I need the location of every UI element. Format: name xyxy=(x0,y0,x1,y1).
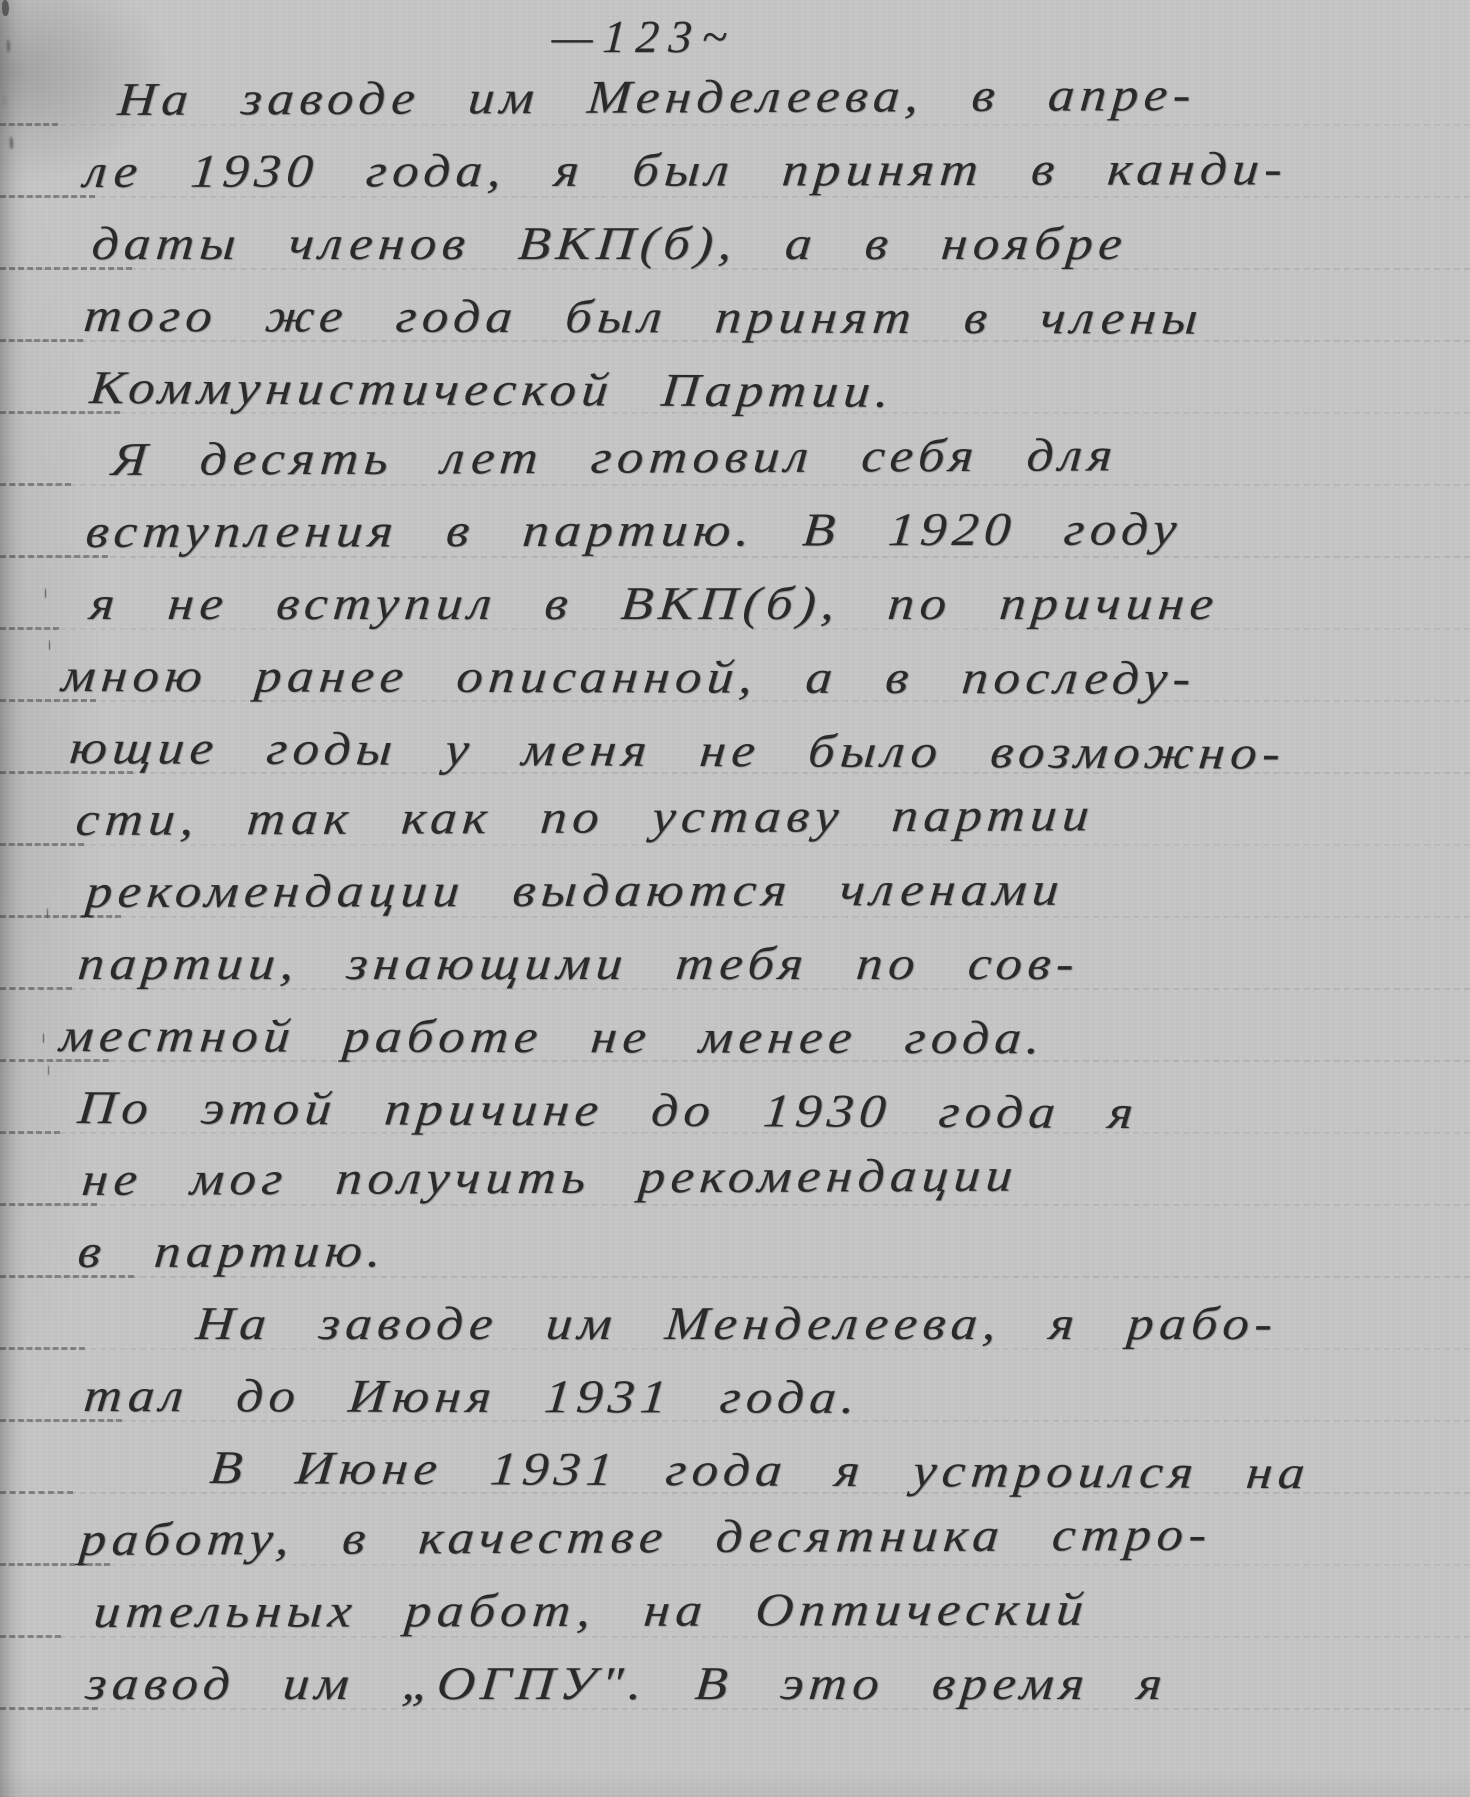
text-line: ющие годы у меня не было возможно- xyxy=(0,712,1470,784)
ruled-line-stub xyxy=(0,1635,61,1638)
handwritten-line-text: рекомендации выдаются членами xyxy=(83,854,1067,928)
handwritten-line-text: сти, так как по уставу партии xyxy=(73,779,1097,856)
text-line: я не вступил в ВКП(б), по причине xyxy=(0,568,1470,640)
text-line: сти, так как по уставу партии xyxy=(0,784,1470,856)
ruled-line-stub xyxy=(0,195,95,198)
page-number: —123~ xyxy=(550,10,739,63)
handwritten-line-text: даты членов ВКП(б), а в ноябре xyxy=(89,208,1131,280)
text-line: завод им „ОГПУ". В это время я xyxy=(0,1648,1470,1720)
handwritten-line-text: Коммунистической Партии. xyxy=(87,352,898,428)
binding-ink-marks xyxy=(2,0,9,16)
ruled-line-stub xyxy=(0,483,71,486)
ruled-line-stub xyxy=(0,1347,85,1350)
text-line: в партию. xyxy=(0,1216,1470,1288)
handwritten-line-text: В Июне 1931 года я устроился на xyxy=(207,1432,1314,1509)
text-line: По этой причине до 1930 года я xyxy=(0,1072,1470,1144)
handwritten-line-text: По этой причине до 1930 года я xyxy=(75,1072,1142,1149)
text-line: тал до Июня 1931 года. xyxy=(0,1360,1470,1432)
handwritten-line-text: в партию. xyxy=(75,1215,390,1288)
text-line: рекомендации выдаются членами xyxy=(0,856,1470,928)
manuscript-page: —123~ На заводе им Менделеева, в апре- л… xyxy=(0,0,1470,1797)
text-line: мною ранее описанной, а в последу- xyxy=(0,640,1470,712)
handwritten-line-text: ле 1930 года, я был принят в канди- xyxy=(81,133,1291,208)
handwritten-text: На заводе им Менделеева, в апре- ле 1930… xyxy=(0,64,1470,1720)
ruled-line-stub xyxy=(0,987,72,990)
handwritten-line-text: того же года был принят в члены xyxy=(81,280,1206,355)
ruled-line-stub xyxy=(0,1491,73,1494)
handwritten-line-text: не мог получить рекомендации xyxy=(79,1140,1021,1216)
text-line: На заводе им Менделеева, я рабо- xyxy=(0,1288,1470,1360)
text-line: работу, в качестве десятника стро- xyxy=(0,1504,1470,1576)
ruled-line-stub xyxy=(0,627,59,630)
handwritten-line-text: На заводе им Менделеева, я рабо- xyxy=(193,1288,1281,1360)
text-line: даты членов ВКП(б), а в ноябре xyxy=(0,208,1470,280)
text-line: местной работе не менее года. xyxy=(0,1000,1470,1072)
handwritten-line-text: вступления в партию. В 1920 году xyxy=(83,493,1185,568)
text-line: того же года был принят в члены xyxy=(0,280,1470,352)
text-line: вступления в партию. В 1920 году xyxy=(0,496,1470,568)
handwritten-line-text: я не вступил в ВКП(б), по причине xyxy=(87,568,1222,640)
handwritten-line-text: тал до Июня 1931 года. xyxy=(81,1360,864,1434)
handwritten-line-text: партии, знающими тебя по сов- xyxy=(75,928,1083,1000)
handwritten-line-text: мною ранее описанной, а в последу- xyxy=(59,640,1199,715)
text-line: не мог получить рекомендации xyxy=(0,1144,1470,1216)
ruled-line-stub xyxy=(0,1131,60,1134)
text-line: партии, знающими тебя по сов- xyxy=(0,928,1470,1000)
ruled-line-stub xyxy=(0,123,58,126)
ruled-line-stub xyxy=(0,339,83,342)
handwritten-line-text: местной работе не менее года. xyxy=(57,1000,1049,1074)
handwritten-line-text: На заводе им Менделеева, в апре- xyxy=(115,59,1199,136)
text-line: Я десять лет готовил себя для xyxy=(0,424,1470,496)
text-line: На заводе им Менделеева, в апре- xyxy=(0,64,1470,136)
handwritten-line-text: ющие годы у меня не было возможно- xyxy=(67,712,1289,790)
handwritten-line-text: работу, в качестве десятника стро- xyxy=(77,1499,1215,1576)
handwritten-line-text: ительных работ, на Оптический xyxy=(91,1574,1092,1648)
ruled-line-stub xyxy=(0,843,84,846)
text-line: ле 1930 года, я был принят в канди- xyxy=(0,136,1470,208)
text-line: Коммунистической Партии. xyxy=(0,352,1470,424)
handwritten-line-text: Я десять лет готовил себя для xyxy=(109,419,1121,496)
handwritten-line-text: завод им „ОГПУ". В это время я xyxy=(83,1648,1171,1720)
text-line: В Июне 1931 года я устроился на xyxy=(0,1432,1470,1504)
text-line: ительных работ, на Оптический xyxy=(0,1576,1470,1648)
